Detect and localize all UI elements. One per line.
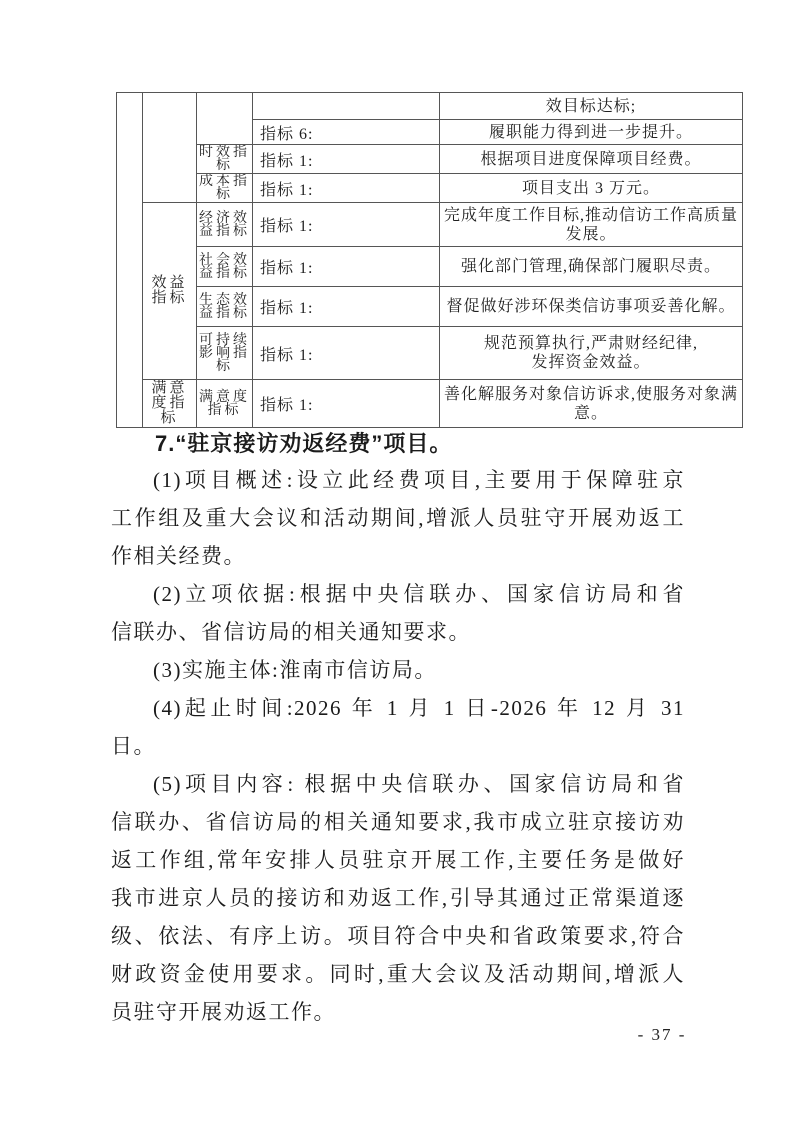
- paragraph-line: 员驻守开展劝返工作。: [111, 993, 685, 1031]
- table-cell-indicator: 指标 6:: [253, 120, 440, 145]
- table-cell-desc: 规范预算执行,严肃财经纪律, 发挥资金效益。: [440, 327, 743, 380]
- table-cell-sublabel: 可持续影响指标: [197, 327, 253, 380]
- table-cell-group-empty: [143, 93, 197, 203]
- paragraph-line: 工作组及重大会议和活动期间,增派人员驻守开展劝返工: [111, 499, 685, 537]
- table-cell-indicator: 指标 1:: [253, 247, 440, 287]
- table-cell-group-satisfaction: 满意度指标: [143, 380, 197, 428]
- table-cell-indicator: 指标 1:: [253, 380, 440, 428]
- table-cell-desc: 完成年度工作目标,推动信访工作高质量发展。: [440, 203, 743, 247]
- table-cell-sublabel: 成本指标: [197, 174, 253, 203]
- paragraph: (4)起止时间:2026 年 1 月 1 日-2026 年 12 月 31 日。: [111, 689, 685, 765]
- paragraph: (1)项目概述:设立此经费项目,主要用于保障驻京 工作组及重大会议和活动期间,增…: [111, 461, 685, 575]
- table-cell-indicator: 指标 1:: [253, 327, 440, 380]
- paragraph: (5)项目内容: 根据中央信联办、国家信访局和省 信联办、省信访局的相关通知要求…: [111, 765, 685, 1031]
- table-cell-desc: 善化解服务对象信访诉求,使服务对象满意。: [440, 380, 743, 428]
- paragraph-line: 返工作组,常年安排人员驻京开展工作,主要任务是做好: [111, 841, 685, 879]
- table-cell-group-benefit: 效益指标: [143, 203, 197, 380]
- table-cell-indicator: 指标 1:: [253, 145, 440, 174]
- paragraph: (3)实施主体:淮南市信访局。: [111, 651, 685, 689]
- section-heading: 7.“驻京接访劝返经费”项目。: [111, 427, 685, 461]
- table-cell-indicator: 指标 1:: [253, 174, 440, 203]
- paragraph-line: (5)项目内容: 根据中央信联办、国家信访局和省: [111, 765, 685, 803]
- paragraph-line: (1)项目概述:设立此经费项目,主要用于保障驻京: [111, 461, 685, 499]
- paragraph-line: 日。: [111, 727, 685, 765]
- page-number: - 37 -: [612, 1025, 712, 1045]
- table-cell-desc: 项目支出 3 万元。: [440, 174, 743, 203]
- table-cell-desc: 督促做好涉环保类信访事项妥善化解。: [440, 287, 743, 327]
- paragraph-line: 作相关经费。: [111, 537, 685, 575]
- table-cell-sublabel: 时效指标: [197, 145, 253, 174]
- table-row: 满意度指标 满意度指标 指标 1: 善化解服务对象信访诉求,使服务对象满意。: [117, 380, 743, 428]
- table-row: 生态效益指标 指标 1: 督促做好涉环保类信访事项妥善化解。: [117, 287, 743, 327]
- paragraph-line: 财政资金使用要求。同时,重大会议及活动期间,增派人: [111, 955, 685, 993]
- document-page: 效目标达标; 指标 6: 履职能力得到进一步提升。 时效指标 指标 1: 根据项…: [0, 0, 793, 1122]
- table-cell-indicator: 指标 1:: [253, 203, 440, 247]
- paragraph: (2)立项依据:根据中央信联办、国家信访局和省 信联办、省信访局的相关通知要求。: [111, 575, 685, 651]
- table-cell-indicator: 指标 1:: [253, 287, 440, 327]
- table-row: 效益指标 经济效益指标 指标 1: 完成年度工作目标,推动信访工作高质量发展。: [117, 203, 743, 247]
- table-cell-desc: 强化部门管理,确保部门履职尽责。: [440, 247, 743, 287]
- table-cell-desc: 根据项目进度保障项目经费。: [440, 145, 743, 174]
- table-cell-sublabel-empty: [197, 93, 253, 145]
- table-cell-sublabel: 满意度指标: [197, 380, 253, 428]
- paragraph-line: (3)实施主体:淮南市信访局。: [111, 651, 685, 689]
- paragraph-line: (2)立项依据:根据中央信联办、国家信访局和省: [111, 575, 685, 613]
- paragraph-line: 信联办、省信访局的相关通知要求。: [111, 613, 685, 651]
- paragraph-line: 级、依法、有序上访。项目符合中央和省政策要求,符合: [111, 917, 685, 955]
- table-row: 时效指标 指标 1: 根据项目进度保障项目经费。: [117, 145, 743, 174]
- paragraph-line: 信联办、省信访局的相关通知要求,我市成立驻京接访劝: [111, 803, 685, 841]
- table-cell-desc: 履职能力得到进一步提升。: [440, 120, 743, 145]
- table-cell-sublabel: 社会效益指标: [197, 247, 253, 287]
- table-cell-sublabel: 生态效益指标: [197, 287, 253, 327]
- table-cell-indicator: [253, 93, 440, 120]
- document-body: 7.“驻京接访劝返经费”项目。 (1)项目概述:设立此经费项目,主要用于保障驻京…: [111, 427, 685, 1031]
- table-row: 社会效益指标 指标 1: 强化部门管理,确保部门履职尽责。: [117, 247, 743, 287]
- paragraph-line: 我市进京人员的接访和劝返工作,引导其通过正常渠道逐: [111, 879, 685, 917]
- table-row: 可持续影响指标 指标 1: 规范预算执行,严肃财经纪律, 发挥资金效益。: [117, 327, 743, 380]
- table-row: 成本指标 指标 1: 项目支出 3 万元。: [117, 174, 743, 203]
- table-cell-sublabel: 经济效益指标: [197, 203, 253, 247]
- paragraph-line: (4)起止时间:2026 年 1 月 1 日-2026 年 12 月 31: [111, 689, 685, 727]
- table-row: 效目标达标;: [117, 93, 743, 120]
- table-cell-desc: 效目标达标;: [440, 93, 743, 120]
- performance-indicator-table: 效目标达标; 指标 6: 履职能力得到进一步提升。 时效指标 指标 1: 根据项…: [116, 92, 743, 428]
- table-cell-left-spacer: [117, 93, 143, 428]
